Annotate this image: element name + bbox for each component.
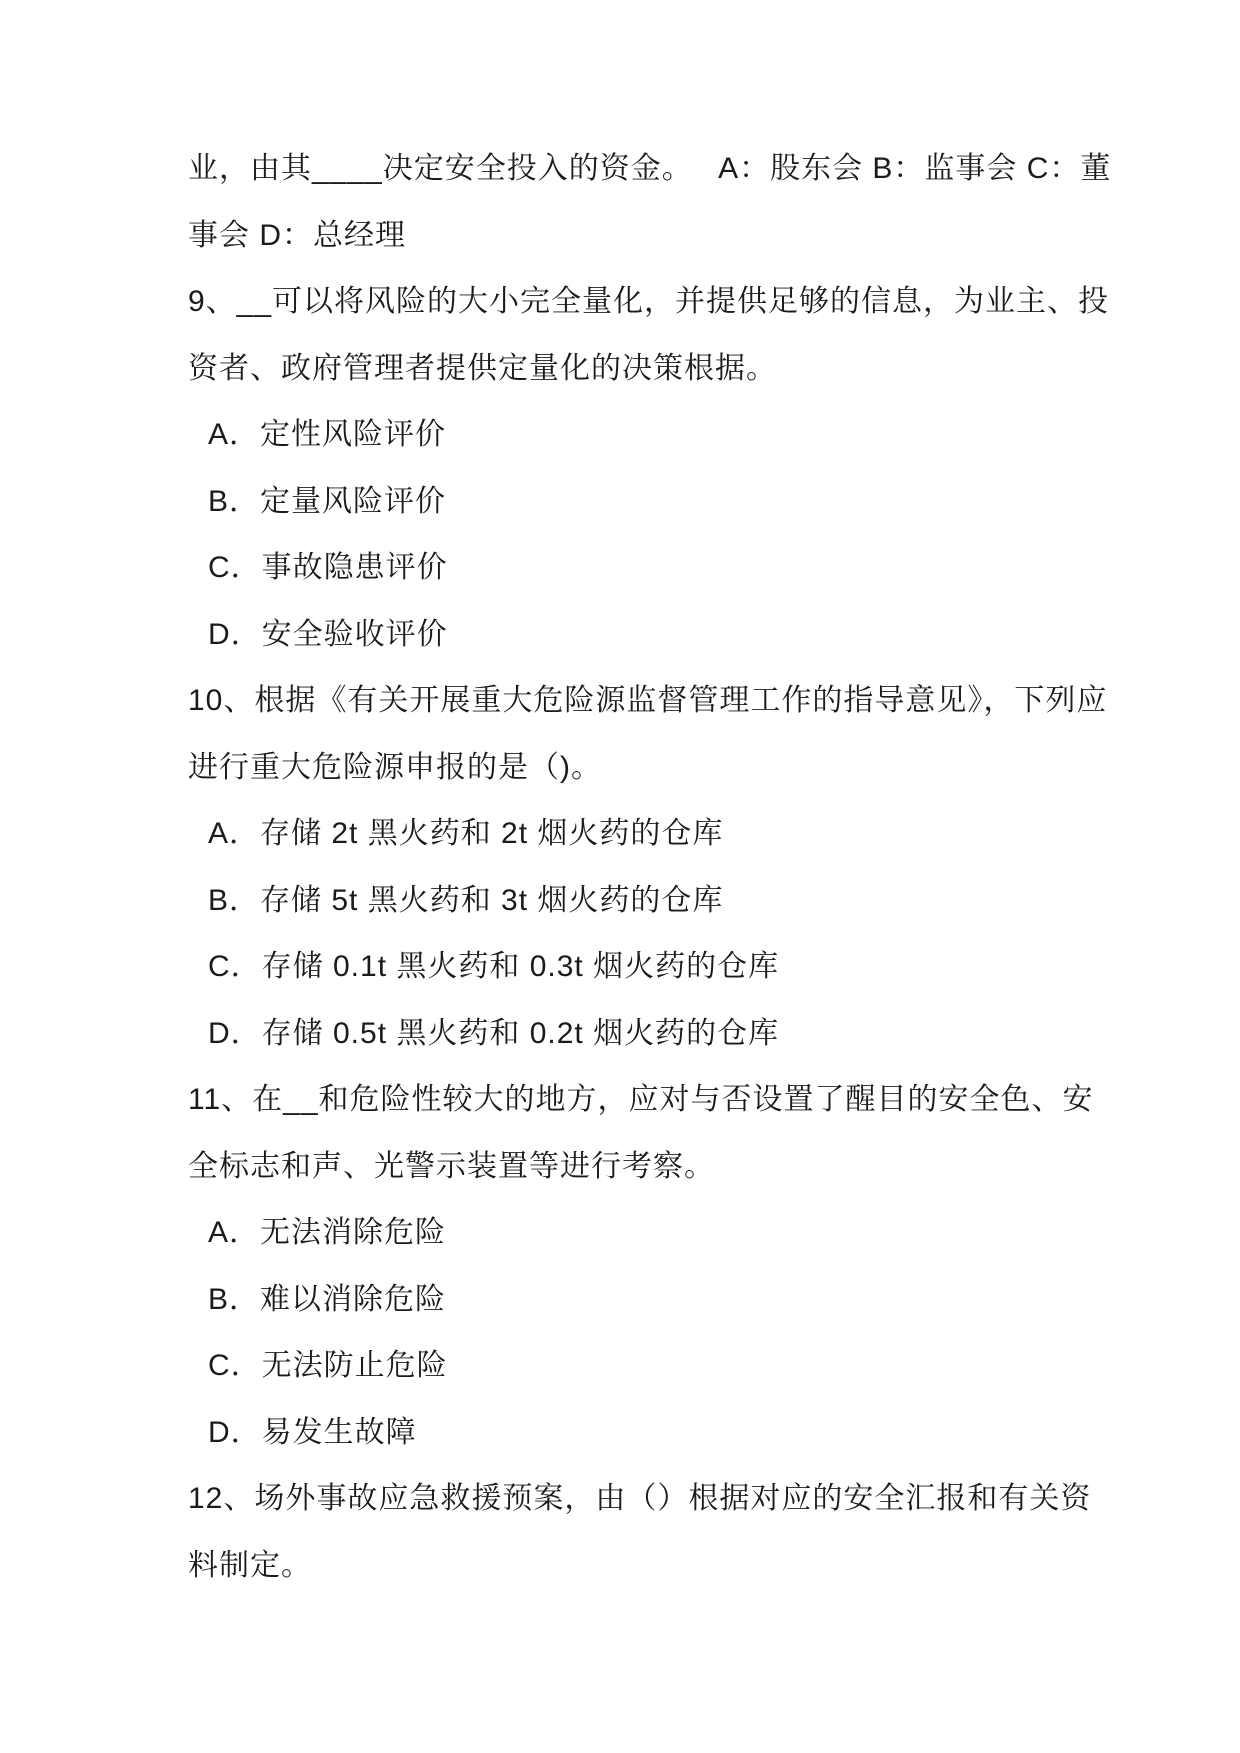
- text-line: 12、场外事故应急救援预案，由（）根据对应的安全汇报和有关资: [188, 1466, 1093, 1533]
- answer-option-line: C．无法防止危险: [188, 1333, 1093, 1400]
- answer-option-line: C．存储 0.1t 黑火药和 0.3t 烟火药的仓库: [188, 934, 1093, 1001]
- text-line: 11、在__和危险性较大的地方，应对与否设置了醒目的安全色、安: [188, 1067, 1093, 1134]
- answer-option-line: A．定性风险评价: [188, 402, 1093, 469]
- text-line: 10、根据《有关开展重大危险源监督管理工作的指导意见》，下列应: [188, 668, 1093, 735]
- text-block: 业，由其____决定安全投入的资金。 A：股东会 B：监事会 C：董事会 D：总…: [188, 136, 1093, 1599]
- answer-option-line: D．安全验收评价: [188, 602, 1093, 669]
- document-page: 业，由其____决定安全投入的资金。 A：股东会 B：监事会 C：董事会 D：总…: [0, 0, 1240, 1753]
- text-line: 全标志和声、光警示装置等进行考察。: [188, 1134, 1093, 1201]
- text-line: 业，由其____决定安全投入的资金。 A：股东会 B：监事会 C：董: [188, 136, 1093, 203]
- text-line: 料制定。: [188, 1533, 1093, 1600]
- answer-option-line: A．无法消除危险: [188, 1200, 1093, 1267]
- answer-option-line: A．存储 2t 黑火药和 2t 烟火药的仓库: [188, 801, 1093, 868]
- answer-option-line: C．事故隐患评价: [188, 535, 1093, 602]
- answer-option-line: D．存储 0.5t 黑火药和 0.2t 烟火药的仓库: [188, 1001, 1093, 1068]
- text-line: 进行重大危险源申报的是（)。: [188, 735, 1093, 802]
- answer-option-line: B．难以消除危险: [188, 1267, 1093, 1334]
- text-line: 资者、政府管理者提供定量化的决策根据。: [188, 336, 1093, 403]
- text-line: 事会 D：总经理: [188, 203, 1093, 270]
- answer-option-line: D．易发生故障: [188, 1400, 1093, 1467]
- answer-option-line: B．存储 5t 黑火药和 3t 烟火药的仓库: [188, 868, 1093, 935]
- text-line: 9、__可以将风险的大小完全量化，并提供足够的信息，为业主、投: [188, 269, 1093, 336]
- answer-option-line: B．定量风险评价: [188, 469, 1093, 536]
